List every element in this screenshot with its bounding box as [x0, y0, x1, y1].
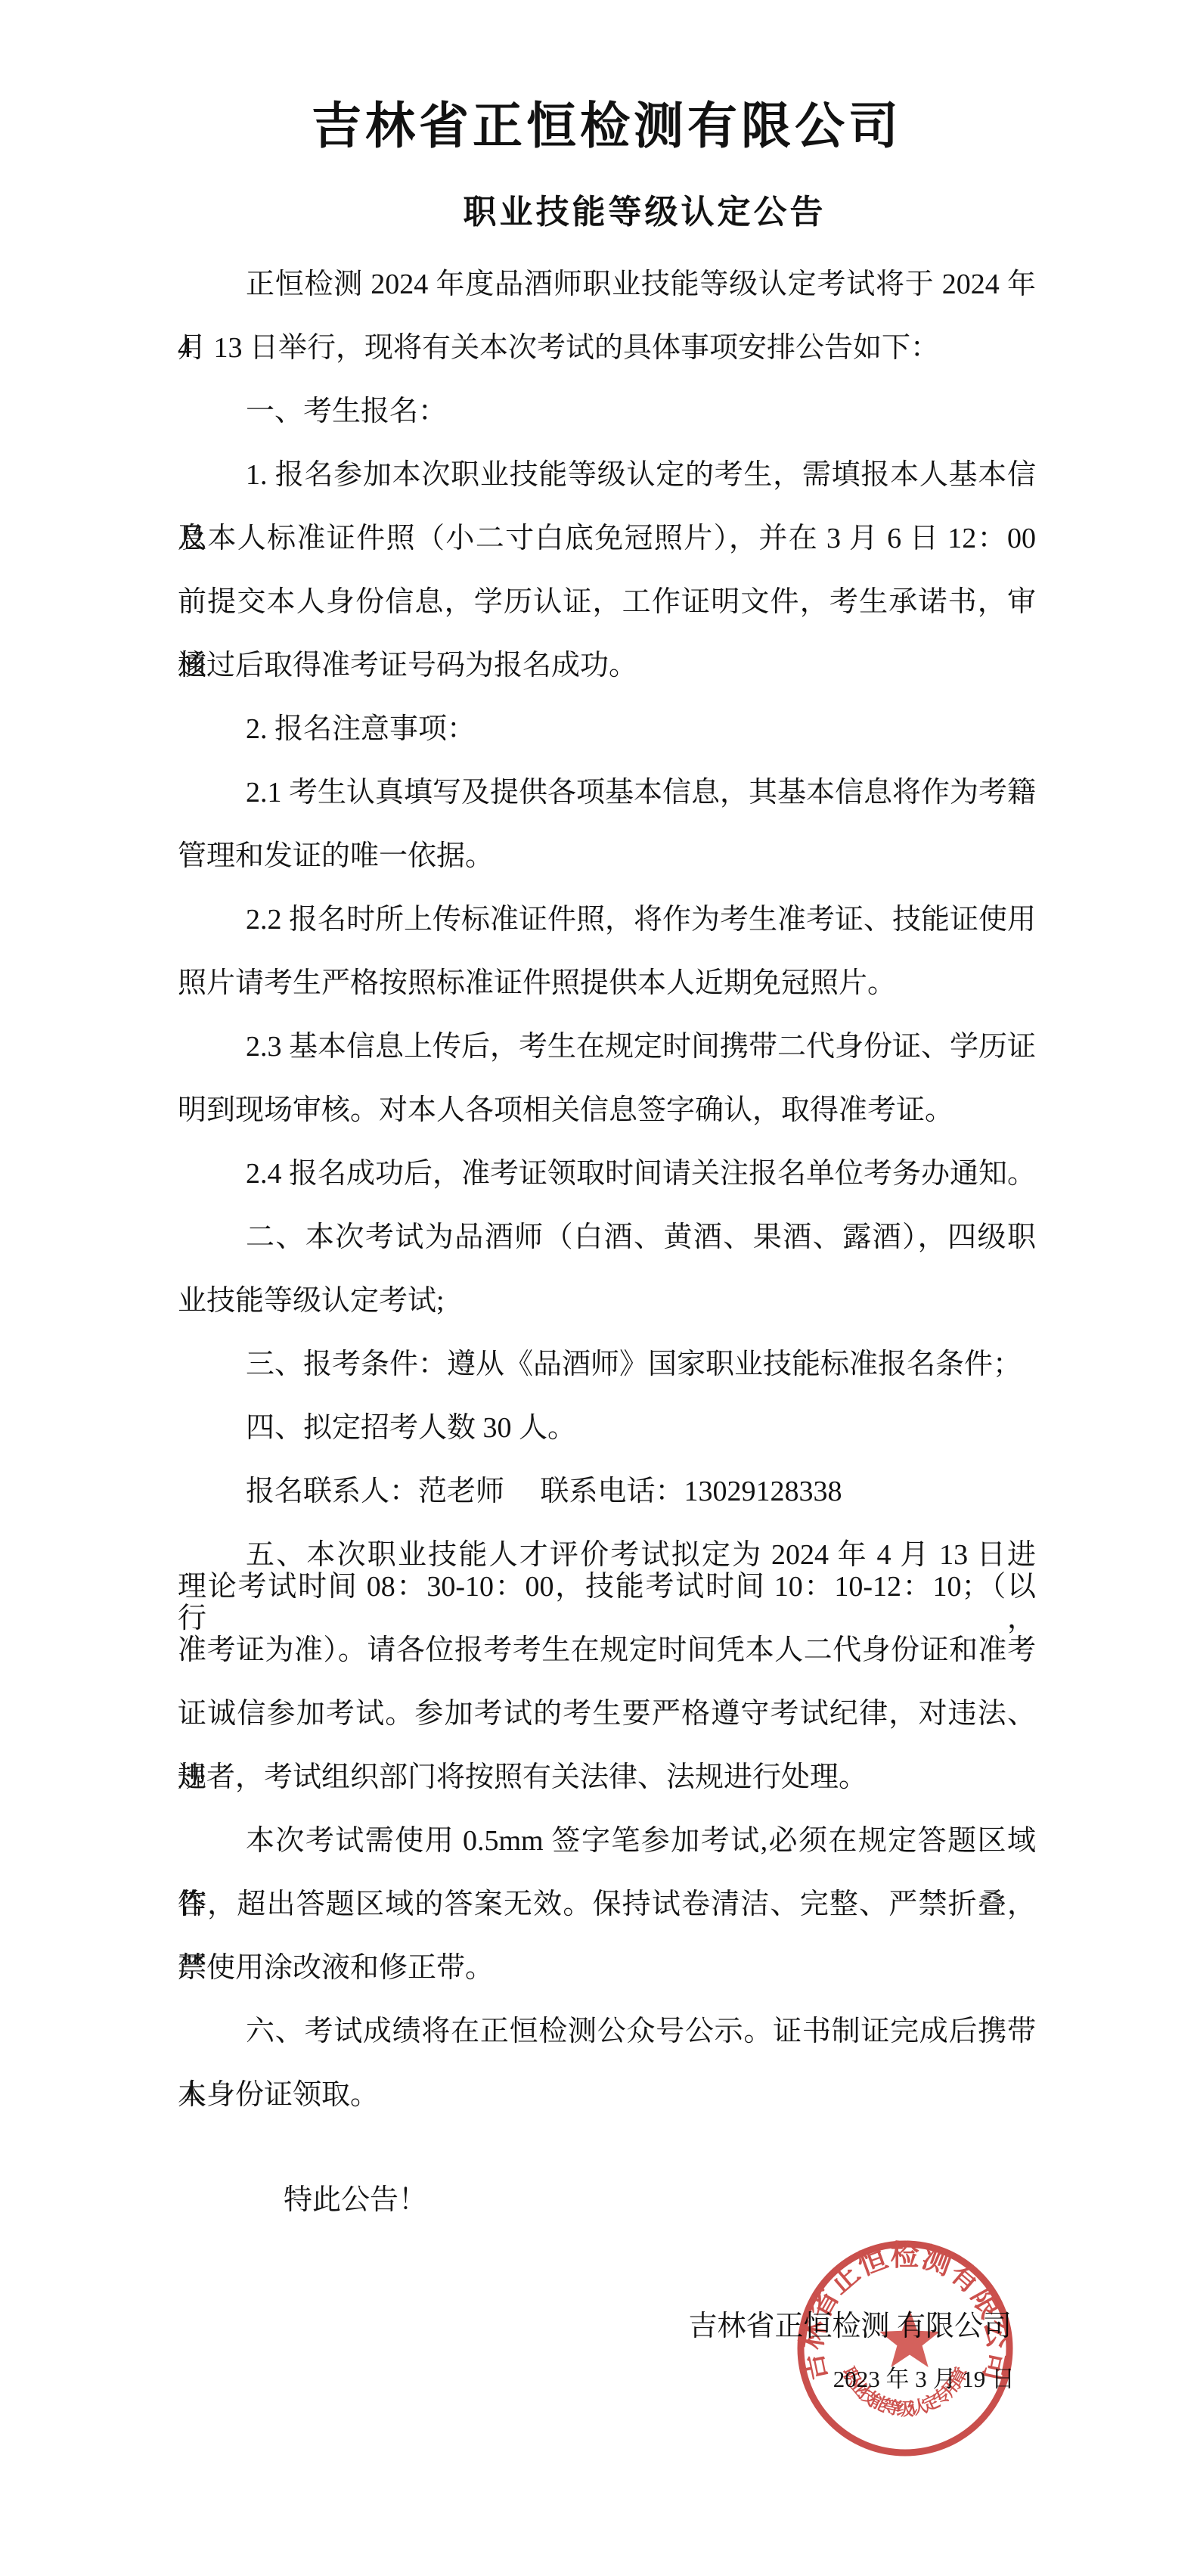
body-line: 业技能等级认定考试;: [178, 1269, 1036, 1333]
body-line: 六、考试成绩将在正恒检测公众号公示。证书制证完成后携带本: [178, 2000, 1036, 2063]
closing-line: 特此公告！: [178, 2168, 1036, 2232]
document-body: 正恒检测 2024 年度品酒师职业技能等级认定考试将于 2024 年 4月 13…: [178, 253, 1036, 2127]
body-line: 2.4 报名成功后，准考证领取时间请关注报名单位考务办通知。: [178, 1142, 1036, 1206]
body-line: 1. 报名参加本次职业技能等级认定的考生，需填报本人基本信息: [178, 443, 1036, 507]
body-line: 答，超出答题区域的答案无效。保持试卷清洁、完整、严禁折叠，严: [178, 1873, 1036, 1936]
body-line: 2.2 报名时所上传标准证件照，将作为考生准考证、技能证使用: [178, 888, 1036, 951]
body-line: 规者，考试组织部门将按照有关法律、法规进行处理。: [178, 1746, 1036, 1809]
page-subtitle: 职业技能等级认定公告: [178, 189, 1036, 236]
body-line: 明到现场审核。对本人各项相关信息签字确认，取得准考证。: [178, 1079, 1036, 1142]
document-header: 吉林省正恒检测有限公司 职业技能等级认定公告: [178, 0, 1036, 236]
body-line: 三、报考条件：遵从《品酒师》国家职业技能标准报名条件；: [178, 1333, 1036, 1396]
body-line: 准考证为准）。请各位报考考生在规定时间凭本人二代身份证和准考: [178, 1619, 1036, 1682]
seal-top-arc-text: 吉林省正恒检测有限公司: [796, 2240, 1015, 2385]
body-line: 通过后取得准考证号码为报名成功。: [178, 634, 1036, 697]
body-line: 人身份证领取。: [178, 2063, 1036, 2127]
body-line: 2.1 考生认真填写及提供各项基本信息，其基本信息将作为考籍: [178, 761, 1036, 824]
announcement-document: 吉林省正恒检测有限公司 职业技能等级认定公告 正恒检测 2024 年度品酒师职业…: [0, 0, 1200, 2576]
star-icon: [879, 2310, 940, 2367]
body-line: 本次考试需使用 0.5mm 签字笔参加考试,必须在规定答题区域作: [178, 1809, 1036, 1873]
body-line: 证诚信参加考试。参加考试的考生要严格遵守考试纪律，对违法、违: [178, 1682, 1036, 1746]
seal-bottom-arc-text: 职业技能等级认定专用章: [839, 2363, 972, 2419]
page-title: 吉林省正恒检测有限公司: [178, 0, 1036, 162]
company-seal-stamp: 吉林省正恒检测有限公司 职业技能等级认定专用章: [784, 2227, 1026, 2469]
body-line: 月 13 日举行，现将有关本次考试的具体事项安排公告如下：: [178, 316, 1036, 380]
body-line: 禁使用涂改液和修正带。: [178, 1936, 1036, 2000]
body-line: 二、本次考试为品酒师（白酒、黄酒、果酒、露酒），四级职: [178, 1206, 1036, 1269]
body-line: 管理和发证的唯一依据。: [178, 824, 1036, 888]
body-line: 2. 报名注意事项：: [178, 697, 1036, 761]
body-line: 报名联系人：范老师 联系电话：13029128338: [178, 1460, 1036, 1523]
body-line: 理论考试时间 08：30-10：00，技能考试时间 10：10-12：10；（以: [178, 1555, 1036, 1619]
body-line: 一、考生报名：: [178, 380, 1036, 443]
body-line: 及本人标准证件照（小二寸白底免冠照片），并在 3 月 6 日 12：00: [178, 507, 1036, 570]
body-line: 2.3 基本信息上传后，考生在规定时间携带二代身份证、学历证: [178, 1015, 1036, 1079]
body-line: 前提交本人身份信息，学历认证，工作证明文件，考生承诺书，审核: [178, 570, 1036, 634]
body-line: 照片请考生严格按照标准证件照提供本人近期免冠照片。: [178, 951, 1036, 1015]
body-line: 正恒检测 2024 年度品酒师职业技能等级认定考试将于 2024 年 4: [178, 253, 1036, 316]
body-line: 四、拟定招考人数 30 人。: [178, 1396, 1036, 1460]
